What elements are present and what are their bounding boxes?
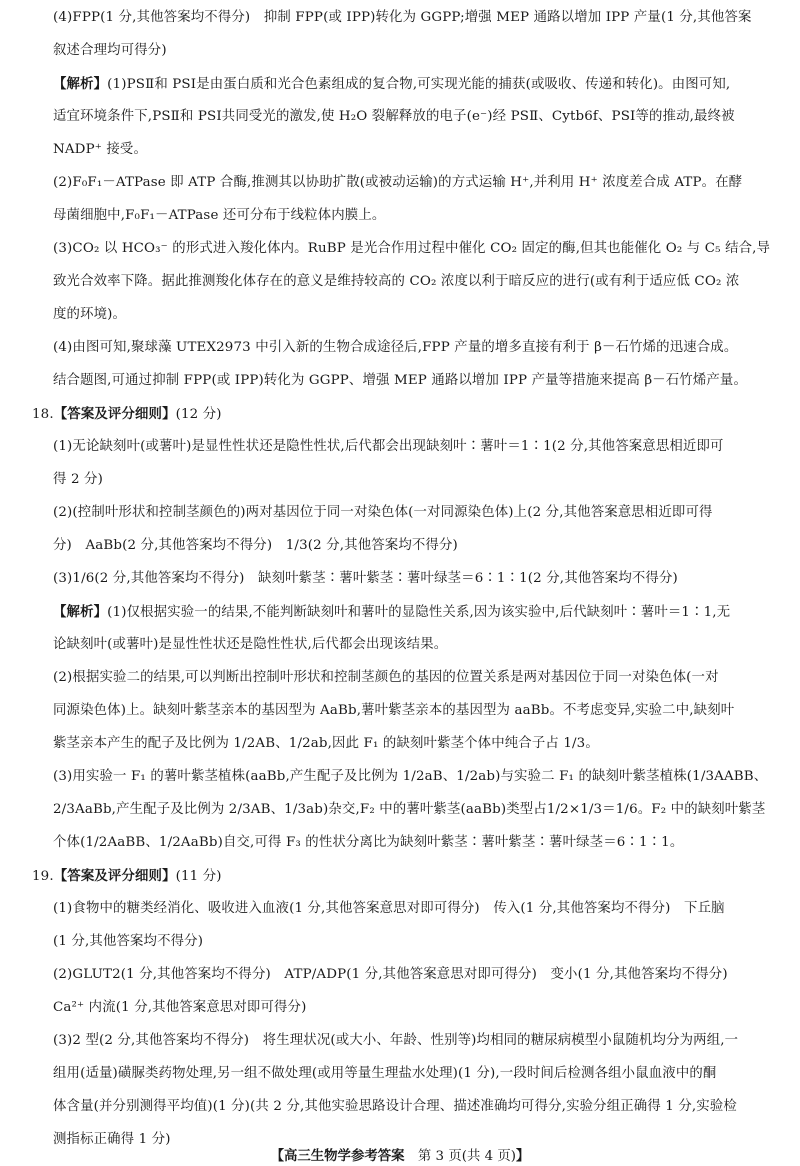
text-line: (2)根据实验二的结果,可以判断出控制叶形状和控制茎颜色的基因的位置关系是两对基… (53, 668, 719, 688)
text-line: 18.【答案及评分细则】(12 分) (32, 404, 222, 425)
text-line: (3)用实验一 F₁ 的薯叶紫茎植株(aaBb,产生配子及比例为 1/2aB、1… (53, 767, 767, 787)
text-line: 得 2 分) (53, 470, 103, 490)
text-run: (3)1/6(2 分,其他答案均不得分) 缺刻叶紫茎∶薯叶紫茎∶薯叶绿茎＝6∶1… (53, 571, 678, 586)
text-line: 母菌细胞中,F₀F₁－ATPase 还可分布于线粒体内膜上。 (53, 206, 385, 226)
text-line: (1)无论缺刻叶(或薯叶)是显性性状还是隐性性状,后代都会出现缺刻叶∶薯叶＝1∶… (53, 437, 724, 457)
text-run: 得 2 分) (53, 472, 103, 487)
text-line: (3)2 型(2 分,其他答案均不得分) 将生理状况(或大小、年龄、性别等)均相… (53, 1031, 738, 1051)
text-line: (3)1/6(2 分,其他答案均不得分) 缺刻叶紫茎∶薯叶紫茎∶薯叶绿茎＝6∶1… (53, 569, 678, 589)
text-run: 致光合效率下降。据此推测羧化体存在的意义是维持较高的 CO₂ 浓度以利于暗反应的… (53, 274, 739, 289)
text-line: 组用(适量)磺脲类药物处理,另一组不做处理(或用等量生理盐水处理)(1 分),一… (53, 1064, 716, 1084)
text-line: 2/3AaBb,产生配子及比例为 2/3AB、1/3ab)杂交,F₂ 中的薯叶紫… (53, 800, 765, 820)
section-heading: 【答案及评分细则】 (54, 868, 176, 884)
text-run: (4)由图可知,聚球藻 UTEX2973 中引入新的生物合成途径后,FPP 产量… (53, 340, 737, 355)
text-run: (2)根据实验二的结果,可以判断出控制叶形状和控制茎颜色的基因的位置关系是两对基… (53, 670, 719, 685)
footer-close-bracket: 】 (516, 1148, 529, 1164)
text-line: (4)FPP(1 分,其他答案均不得分) 抑制 FPP(或 IPP)转化为 GG… (53, 8, 752, 28)
text-run: (1)无论缺刻叶(或薯叶)是显性性状还是隐性性状,后代都会出现缺刻叶∶薯叶＝1∶… (53, 439, 724, 454)
section-heading: 【解析】 (53, 604, 107, 620)
text-line: 叙述合理均可得分) (53, 41, 167, 61)
text-line: Ca²⁺ 内流(1 分,其他答案意思对即可得分) (53, 998, 306, 1018)
text-run: 度的环境)。 (53, 307, 126, 322)
text-line: (2)GLUT2(1 分,其他答案均不得分) ATP/ADP(1 分,其他答案意… (53, 965, 728, 985)
text-run: 18. (32, 407, 54, 422)
text-run: (4)FPP(1 分,其他答案均不得分) 抑制 FPP(或 IPP)转化为 GG… (53, 10, 752, 25)
text-run: (2)F₀F₁－ATPase 即 ATP 合酶,推测其以协助扩散(或被动运输)的… (53, 175, 742, 190)
text-line: 论缺刻叶(或薯叶)是显性性状还是隐性性状,后代都会出现该结果。 (53, 635, 447, 655)
text-run: (2)(控制叶形状和控制茎颜色的)两对基因位于同一对染色体(一对同源染色体)上(… (53, 505, 713, 520)
text-line: 结合题图,可通过抑制 FPP(或 IPP)转化为 GGPP、增强 MEP 通路以… (53, 371, 747, 391)
text-run: (1)PSⅡ和 PSⅠ是由蛋白质和光合色素组成的复合物,可实现光能的捕获(或吸收… (107, 77, 730, 92)
text-run: 结合题图,可通过抑制 FPP(或 IPP)转化为 GGPP、增强 MEP 通路以… (53, 373, 747, 388)
footer-title: 【高三生物学参考答案 (271, 1148, 405, 1164)
text-run: 组用(适量)磺脲类药物处理,另一组不做处理(或用等量生理盐水处理)(1 分),一… (53, 1066, 716, 1081)
text-run: (3)2 型(2 分,其他答案均不得分) 将生理状况(或大小、年龄、性别等)均相… (53, 1033, 738, 1048)
text-run: 同源染色体)上。缺刻叶紫茎亲本的基因型为 AaBb,薯叶紫茎亲本的基因型为 aa… (53, 703, 734, 718)
text-run: 适宜环境条件下,PSⅡ和 PSⅠ共同受光的激发,使 H₂O 裂解释放的电子(e⁻… (53, 109, 735, 124)
text-line: 同源染色体)上。缺刻叶紫茎亲本的基因型为 AaBb,薯叶紫茎亲本的基因型为 aa… (53, 701, 734, 721)
page-footer: 【高三生物学参考答案 第 3 页(共 4 页)】 (0, 1146, 800, 1166)
text-line: 个体(1/2AaBB、1/2AaBb)自交,可得 F₃ 的性状分离比为缺刻叶紫茎… (53, 833, 683, 853)
text-line: 度的环境)。 (53, 305, 126, 325)
text-run: 2/3AaBb,产生配子及比例为 2/3AB、1/3ab)杂交,F₂ 中的薯叶紫… (53, 802, 765, 817)
text-run: (1)仅根据实验一的结果,不能判断缺刻叶和薯叶的显隐性关系,因为该实验中,后代缺… (107, 605, 730, 620)
text-line: 分) AaBb(2 分,其他答案均不得分) 1/3(2 分,其他答案均不得分) (53, 536, 458, 556)
text-run: (3)用实验一 F₁ 的薯叶紫茎植株(aaBb,产生配子及比例为 1/2aB、1… (53, 769, 767, 784)
text-line: NADP⁺ 接受。 (53, 140, 147, 160)
text-line: (4)由图可知,聚球藻 UTEX2973 中引入新的生物合成途径后,FPP 产量… (53, 338, 737, 358)
text-run: 分) AaBb(2 分,其他答案均不得分) 1/3(2 分,其他答案均不得分) (53, 538, 458, 553)
section-heading: 【答案及评分细则】 (54, 406, 176, 422)
text-line: (2)F₀F₁－ATPase 即 ATP 合酶,推测其以协助扩散(或被动运输)的… (53, 173, 742, 193)
text-run: 叙述合理均可得分) (53, 43, 167, 58)
text-run: (12 分) (176, 407, 222, 422)
text-run: 个体(1/2AaBB、1/2AaBb)自交,可得 F₃ 的性状分离比为缺刻叶紫茎… (53, 835, 683, 850)
text-run: 体含量(并分别测得平均值)(1 分)(共 2 分,其他实验思路设计合理、描述准确… (53, 1099, 737, 1114)
text-line: 致光合效率下降。据此推测羧化体存在的意义是维持较高的 CO₂ 浓度以利于暗反应的… (53, 272, 739, 292)
text-line: (1)食物中的糖类经消化、吸收进入血液(1 分,其他答案意思对即可得分) 传入(… (53, 899, 725, 919)
text-line: 19.【答案及评分细则】(11 分) (32, 866, 222, 887)
answer-key-page: (4)FPP(1 分,其他答案均不得分) 抑制 FPP(或 IPP)转化为 GG… (0, 0, 800, 1166)
text-run: (2)GLUT2(1 分,其他答案均不得分) ATP/ADP(1 分,其他答案意… (53, 967, 728, 982)
text-run: 测指标正确得 1 分) (53, 1132, 171, 1147)
text-line: (1 分,其他答案均不得分) (53, 932, 203, 952)
text-line: 紫茎亲本产生的配子及比例为 1/2AB、1/2ab,因此 F₁ 的缺刻叶紫茎个体… (53, 734, 599, 754)
text-run: NADP⁺ 接受。 (53, 142, 147, 157)
text-line: (3)CO₂ 以 HCO₃⁻ 的形式进入羧化体内。RuBP 是光合作用过程中催化… (53, 239, 770, 259)
text-run: (1 分,其他答案均不得分) (53, 934, 203, 949)
text-run: (1)食物中的糖类经消化、吸收进入血液(1 分,其他答案意思对即可得分) 传入(… (53, 901, 725, 916)
text-run: 母菌细胞中,F₀F₁－ATPase 还可分布于线粒体内膜上。 (53, 208, 385, 223)
text-run: (11 分) (176, 869, 222, 884)
text-line: 体含量(并分别测得平均值)(1 分)(共 2 分,其他实验思路设计合理、描述准确… (53, 1097, 737, 1117)
section-heading: 【解析】 (53, 76, 107, 92)
text-line: 【解析】(1)仅根据实验一的结果,不能判断缺刻叶和薯叶的显隐性关系,因为该实验中… (53, 602, 730, 623)
footer-page-info: 第 3 页(共 4 页) (405, 1149, 516, 1164)
text-line: (2)(控制叶形状和控制茎颜色的)两对基因位于同一对染色体(一对同源染色体)上(… (53, 503, 713, 523)
text-line: 适宜环境条件下,PSⅡ和 PSⅠ共同受光的激发,使 H₂O 裂解释放的电子(e⁻… (53, 107, 735, 127)
text-run: Ca²⁺ 内流(1 分,其他答案意思对即可得分) (53, 1000, 306, 1015)
text-run: 19. (32, 869, 54, 884)
text-line: 【解析】(1)PSⅡ和 PSⅠ是由蛋白质和光合色素组成的复合物,可实现光能的捕获… (53, 74, 730, 95)
text-run: 紫茎亲本产生的配子及比例为 1/2AB、1/2ab,因此 F₁ 的缺刻叶紫茎个体… (53, 736, 599, 751)
text-run: (3)CO₂ 以 HCO₃⁻ 的形式进入羧化体内。RuBP 是光合作用过程中催化… (53, 241, 770, 256)
text-run: 论缺刻叶(或薯叶)是显性性状还是隐性性状,后代都会出现该结果。 (53, 637, 447, 652)
